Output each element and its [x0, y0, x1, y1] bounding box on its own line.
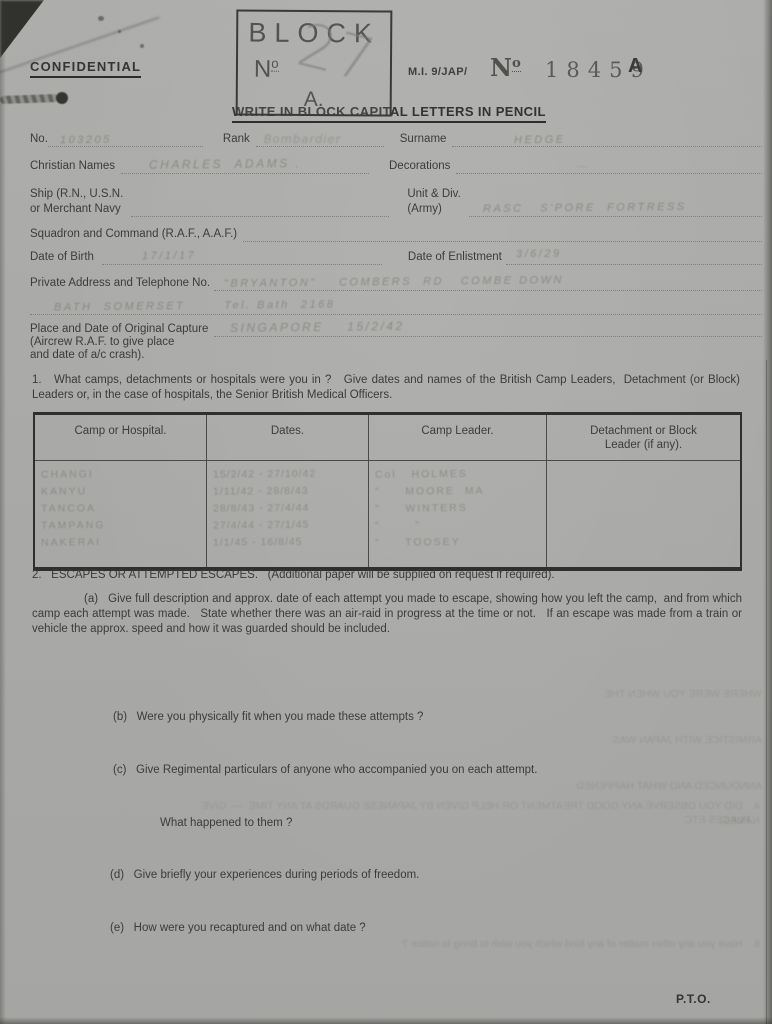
address-value-line1: "BRYANTON" COMBERS RD COMBE DOWN — [224, 274, 564, 290]
date-of-birth-value: 17/1/17 — [142, 250, 196, 263]
ship-label-line2: or Merchant Navy — [30, 203, 123, 217]
decorations-field: — — [456, 158, 762, 174]
camp-table-header-row: Camp or Hospital. Dates. Camp Leader. De… — [35, 415, 740, 461]
unit-div-label-line2: (Army) — [407, 203, 460, 217]
leader-entry: " WINTERS — [375, 499, 540, 517]
paper-speck — [98, 16, 104, 21]
rank-label: Rank — [223, 133, 250, 147]
question-2d-text: (d) Give briefly your experiences during… — [110, 868, 419, 883]
leader-column-entries: Col HOLMES " MOORE MA " WINTERS " " " TO… — [369, 461, 547, 567]
camp-table-body-row: CHANGI KANYU TANCOA TAMPANG NAKERAI 15/2… — [35, 461, 740, 567]
classification-marking: CONFIDENTIAL — [30, 59, 141, 78]
capture-value: SINGAPORE 15/2/42 — [230, 319, 405, 335]
question-2c-text: (c) Give Regimental particulars of anyon… — [113, 763, 537, 778]
camp-table: Camp or Hospital. Dates. Camp Leader. De… — [33, 412, 742, 571]
bleed-through-line: 6. Have you any other matter of any kind… — [330, 937, 760, 952]
row-original-capture: Place and Date of Original Capture SINGA… — [30, 321, 762, 337]
unit-div-label-line1: Unit & Div. — [407, 188, 460, 202]
ship-label-line1: Ship (R.N., U.S.N. — [30, 188, 123, 202]
ship-field — [131, 201, 389, 217]
camp-entry: TANCOA — [41, 499, 200, 517]
dates-entry: 15/2/42 - 27/10/42 — [213, 465, 362, 483]
date-of-birth-field: 17/1/17 — [102, 249, 382, 265]
page-turn-over-marker: P.T.O. — [676, 992, 711, 1006]
paper-speck — [118, 30, 121, 33]
block-stamp-no-label: No — [254, 56, 279, 84]
address-value-line2: BATH SOMERSET Tel. Bath 2168 — [54, 299, 335, 314]
reference-suffix: A — [628, 55, 642, 78]
page-edge-bottom — [0, 1017, 772, 1024]
rank-value: Bombardier — [264, 132, 342, 146]
squadron-field — [243, 226, 762, 242]
leader-entry: " TOOSEY — [375, 533, 540, 551]
no-value: 103205 — [60, 134, 112, 147]
surname-value: HEDGE — [514, 134, 566, 147]
date-of-enlistment-label: Date of Enlistment — [408, 251, 502, 265]
rank-field: Bombardier — [256, 131, 384, 147]
question-1-text: 1. What camps, detachments or hospitals … — [32, 373, 740, 403]
christian-names-label: Christian Names — [30, 160, 115, 174]
page-edge-right — [763, 0, 772, 1024]
no-label: No. — [30, 133, 48, 147]
surname-label: Surname — [400, 133, 447, 147]
stitch-mark — [0, 94, 58, 104]
date-of-enlistment-field: 3/6/29 — [506, 249, 762, 265]
row-ship-unit: Ship (R.N., U.S.N. or Merchant Navy Unit… — [30, 188, 762, 217]
capture-field: SINGAPORE 15/2/42 — [214, 321, 762, 337]
row-birth-enlistment: Date of Birth 17/1/17 Date of Enlistment… — [30, 249, 762, 265]
camp-entry: TAMPANG — [41, 516, 200, 534]
capture-label: Place and Date of Original Capture — [30, 323, 208, 337]
leader-entry: " " — [375, 516, 540, 534]
address-field-line2: BATH SOMERSET Tel. Bath 2168 — [30, 299, 762, 315]
dates-column-entries: 15/2/42 - 27/10/42 1/11/42 - 28/8/43 28/… — [207, 461, 369, 567]
camp-column-entries: CHANGI KANYU TANCOA TAMPANG NAKERAI — [35, 461, 207, 567]
block-stamp-section: A. — [238, 87, 390, 112]
stitch-knot — [56, 92, 68, 104]
detachment-column-entries — [547, 461, 740, 567]
bleed-through-line: PLACES ETC. — [640, 813, 750, 828]
dates-entry: 27/4/44 - 27/1/45 — [213, 516, 362, 534]
christian-names-value: CHARLES ADAMS . — [149, 156, 301, 172]
capture-note-line2: and date of a/c crash). — [30, 349, 144, 363]
surname-field: HEDGE — [452, 131, 762, 147]
decorations-label: Decorations — [389, 160, 450, 174]
page-edge-line — [766, 360, 767, 1024]
date-of-enlistment-value: 3/6/29 — [516, 248, 562, 260]
row-christian-decorations: Christian Names CHARLES ADAMS . Decorati… — [30, 158, 762, 174]
squadron-label: Squadron and Command (R.A.F., A.A.F.) — [30, 228, 237, 242]
header-camp-or-hospital: Camp or Hospital. — [35, 415, 207, 460]
header-dates: Dates. — [207, 415, 369, 460]
address-field-line1: "BRYANTON" COMBERS RD COMBE DOWN — [214, 275, 762, 291]
dates-entry: 28/8/43 - 27/4/44 — [213, 499, 362, 517]
page-edge-left — [0, 0, 6, 1024]
row-address-continuation: BATH SOMERSET Tel. Bath 2168 — [30, 299, 762, 315]
leader-entry: " MOORE MA — [375, 482, 540, 500]
date-of-birth-label: Date of Birth — [30, 251, 94, 265]
question-2e-text: (e) How were you recaptured and on what … — [110, 921, 366, 936]
camp-entry: KANYU — [41, 482, 200, 500]
capture-note-line1: (Aircrew R.A.F. to give place — [30, 336, 174, 350]
dates-entry: 1/11/42 - 28/8/43 — [213, 482, 362, 500]
header-camp-leader: Camp Leader. — [369, 415, 547, 460]
unit-div-field: RASC S'PORE FORTRESS — [469, 201, 762, 217]
row-no-rank-surname: No. 103205 Rank Bombardier Surname HEDGE — [30, 131, 762, 147]
row-squadron: Squadron and Command (R.A.F., A.A.F.) — [30, 226, 762, 242]
question-2b-text: (b) Were you physically fit when you mad… — [113, 710, 423, 725]
camp-entry: CHANGI — [41, 465, 200, 483]
paper-speck — [140, 44, 144, 48]
section-2-heading: 2. ESCAPES OR ATTEMPTED ESCAPES. (Additi… — [32, 568, 740, 583]
header-detachment-leader: Detachment or Block Leader (if any). — [547, 415, 740, 460]
decorations-value: — — [576, 159, 589, 173]
unit-div-value: RASC S'PORE FORTRESS — [483, 201, 687, 215]
camp-entry: NAKERAI — [41, 533, 200, 551]
dates-entry: 1/1/45 - 16/8/45 — [213, 533, 362, 551]
no-field: 103205 — [48, 131, 203, 147]
leader-entry: Col HOLMES — [375, 465, 540, 483]
question-2c2-text: What happened to them ? — [160, 816, 292, 831]
question-2a-text: (a) Give full description and approx. da… — [32, 592, 742, 637]
reference-no-label: No — [490, 53, 521, 82]
pow-questionnaire-page: CONFIDENTIAL BLOCK No A. 27 M.I. 9/JAP/ … — [0, 0, 772, 1024]
row-private-address: Private Address and Telephone No. "BRYAN… — [30, 275, 762, 291]
christian-names-field: CHARLES ADAMS . — [121, 158, 369, 174]
mi9-reference-prefix: M.I. 9/JAP/ — [408, 66, 467, 78]
address-label: Private Address and Telephone No. — [30, 277, 210, 291]
